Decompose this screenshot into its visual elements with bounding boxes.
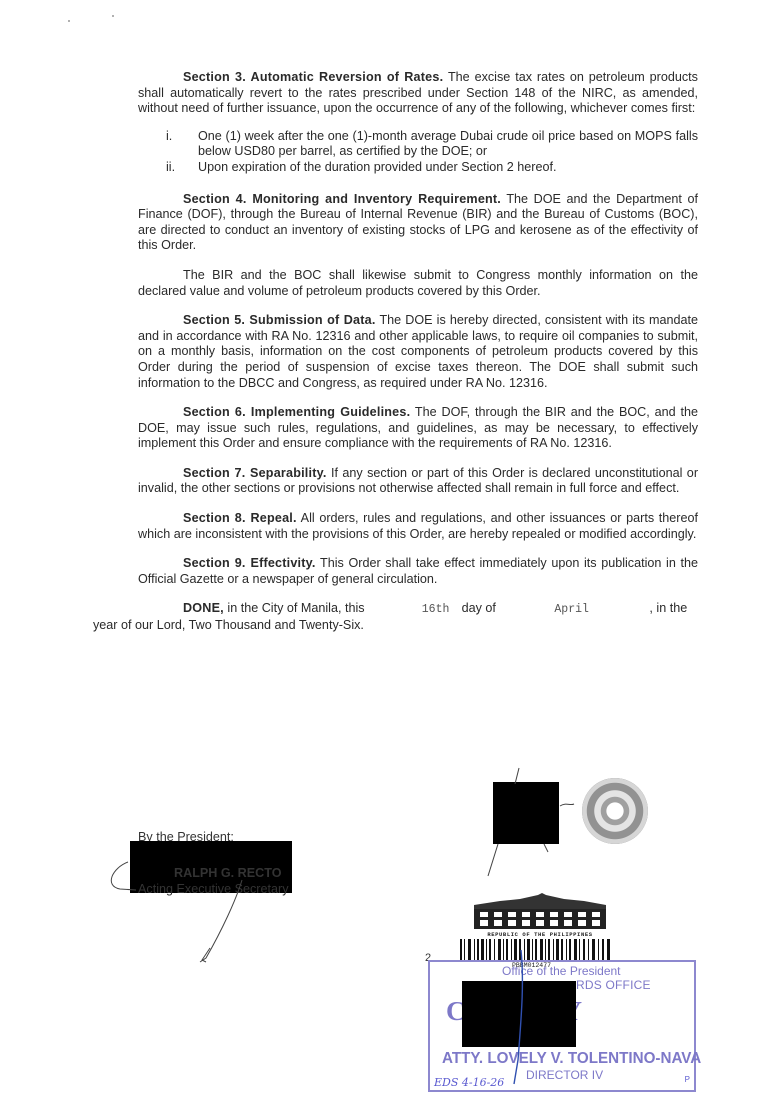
- done-text: in the City of Manila, this: [227, 601, 364, 615]
- section-6: Section 6. Implementing Guidelines. The …: [138, 405, 698, 452]
- done-lead: DONE,: [183, 601, 224, 615]
- stamp-initials-date: EDS 4-16-26: [434, 1076, 504, 1089]
- stamp-officer-title: DIRECTOR IV: [526, 1068, 603, 1082]
- presidential-seal-icon: [582, 778, 648, 844]
- section-heading: Section 9. Effectivity.: [183, 556, 316, 570]
- typed-day: 16th: [368, 602, 458, 618]
- section-heading: Section 8. Repeal.: [183, 511, 297, 525]
- section-7: Section 7. Separability. If any section …: [138, 466, 698, 497]
- scan-speck: [68, 20, 70, 22]
- section-heading: Section 5. Submission of Data.: [183, 313, 376, 327]
- section-8: Section 8. Repeal. All orders, rules and…: [138, 511, 698, 542]
- stamp-records-office: RDS OFFICE: [576, 978, 651, 992]
- signer-name: RALPH G. RECTO: [174, 866, 282, 880]
- section-4: Section 4. Monitoring and Inventory Requ…: [138, 192, 698, 254]
- stamp-mark: P: [685, 1075, 690, 1084]
- redacted-certifier: [462, 981, 576, 1047]
- document-body: Section 3. Automatic Reversion of Rates.…: [138, 70, 698, 648]
- done-text: , in the: [649, 601, 687, 615]
- section-heading: Section 3. Automatic Reversion of Rates.: [183, 70, 443, 84]
- redacted-president-signature: [493, 782, 559, 844]
- section-text: The BIR and the BOC shall likewise submi…: [138, 268, 698, 298]
- done-clause: DONE, in the City of Manila, this 16th d…: [138, 601, 698, 633]
- list-number: ii.: [166, 160, 186, 176]
- stamp-officer-name: ATTY. LOVELY V. TOLENTINO-NAVA: [442, 1050, 701, 1068]
- malacanang-palace-icon: [470, 893, 610, 929]
- list-item: ii. Upon expiration of the duration prov…: [138, 160, 698, 176]
- section-heading: Section 6. Implementing Guidelines.: [183, 405, 410, 419]
- done-text: day of: [462, 601, 496, 615]
- republic-label: REPUBLIC OF THE PHILIPPINES: [470, 931, 610, 938]
- section-4-paragraph-2: The BIR and the BOC shall likewise submi…: [138, 268, 698, 299]
- section-9: Section 9. Effectivity. This Order shall…: [138, 556, 698, 587]
- section-5: Section 5. Submission of Data. The DOE i…: [138, 313, 698, 391]
- section-heading: Section 7. Separability.: [183, 466, 327, 480]
- section-3: Section 3. Automatic Reversion of Rates.…: [138, 70, 698, 117]
- list-text: Upon expiration of the duration provided…: [198, 160, 556, 174]
- barcode-icon: [458, 939, 614, 961]
- list-text: One (1) week after the one (1)-month ave…: [198, 129, 698, 159]
- section-heading: Section 4. Monitoring and Inventory Requ…: [183, 192, 501, 206]
- reversion-conditions-list: i. One (1) week after the one (1)-month …: [138, 129, 698, 176]
- list-number: i.: [166, 129, 186, 145]
- done-text: year of our Lord, Two Thousand and Twent…: [93, 618, 364, 632]
- typed-month: April: [499, 602, 609, 618]
- scan-speck: [112, 15, 114, 17]
- barcode-number: PBBM012477: [512, 962, 551, 969]
- signer-title: Acting Executive Secretary: [138, 882, 289, 896]
- list-item: i. One (1) week after the one (1)-month …: [138, 129, 698, 160]
